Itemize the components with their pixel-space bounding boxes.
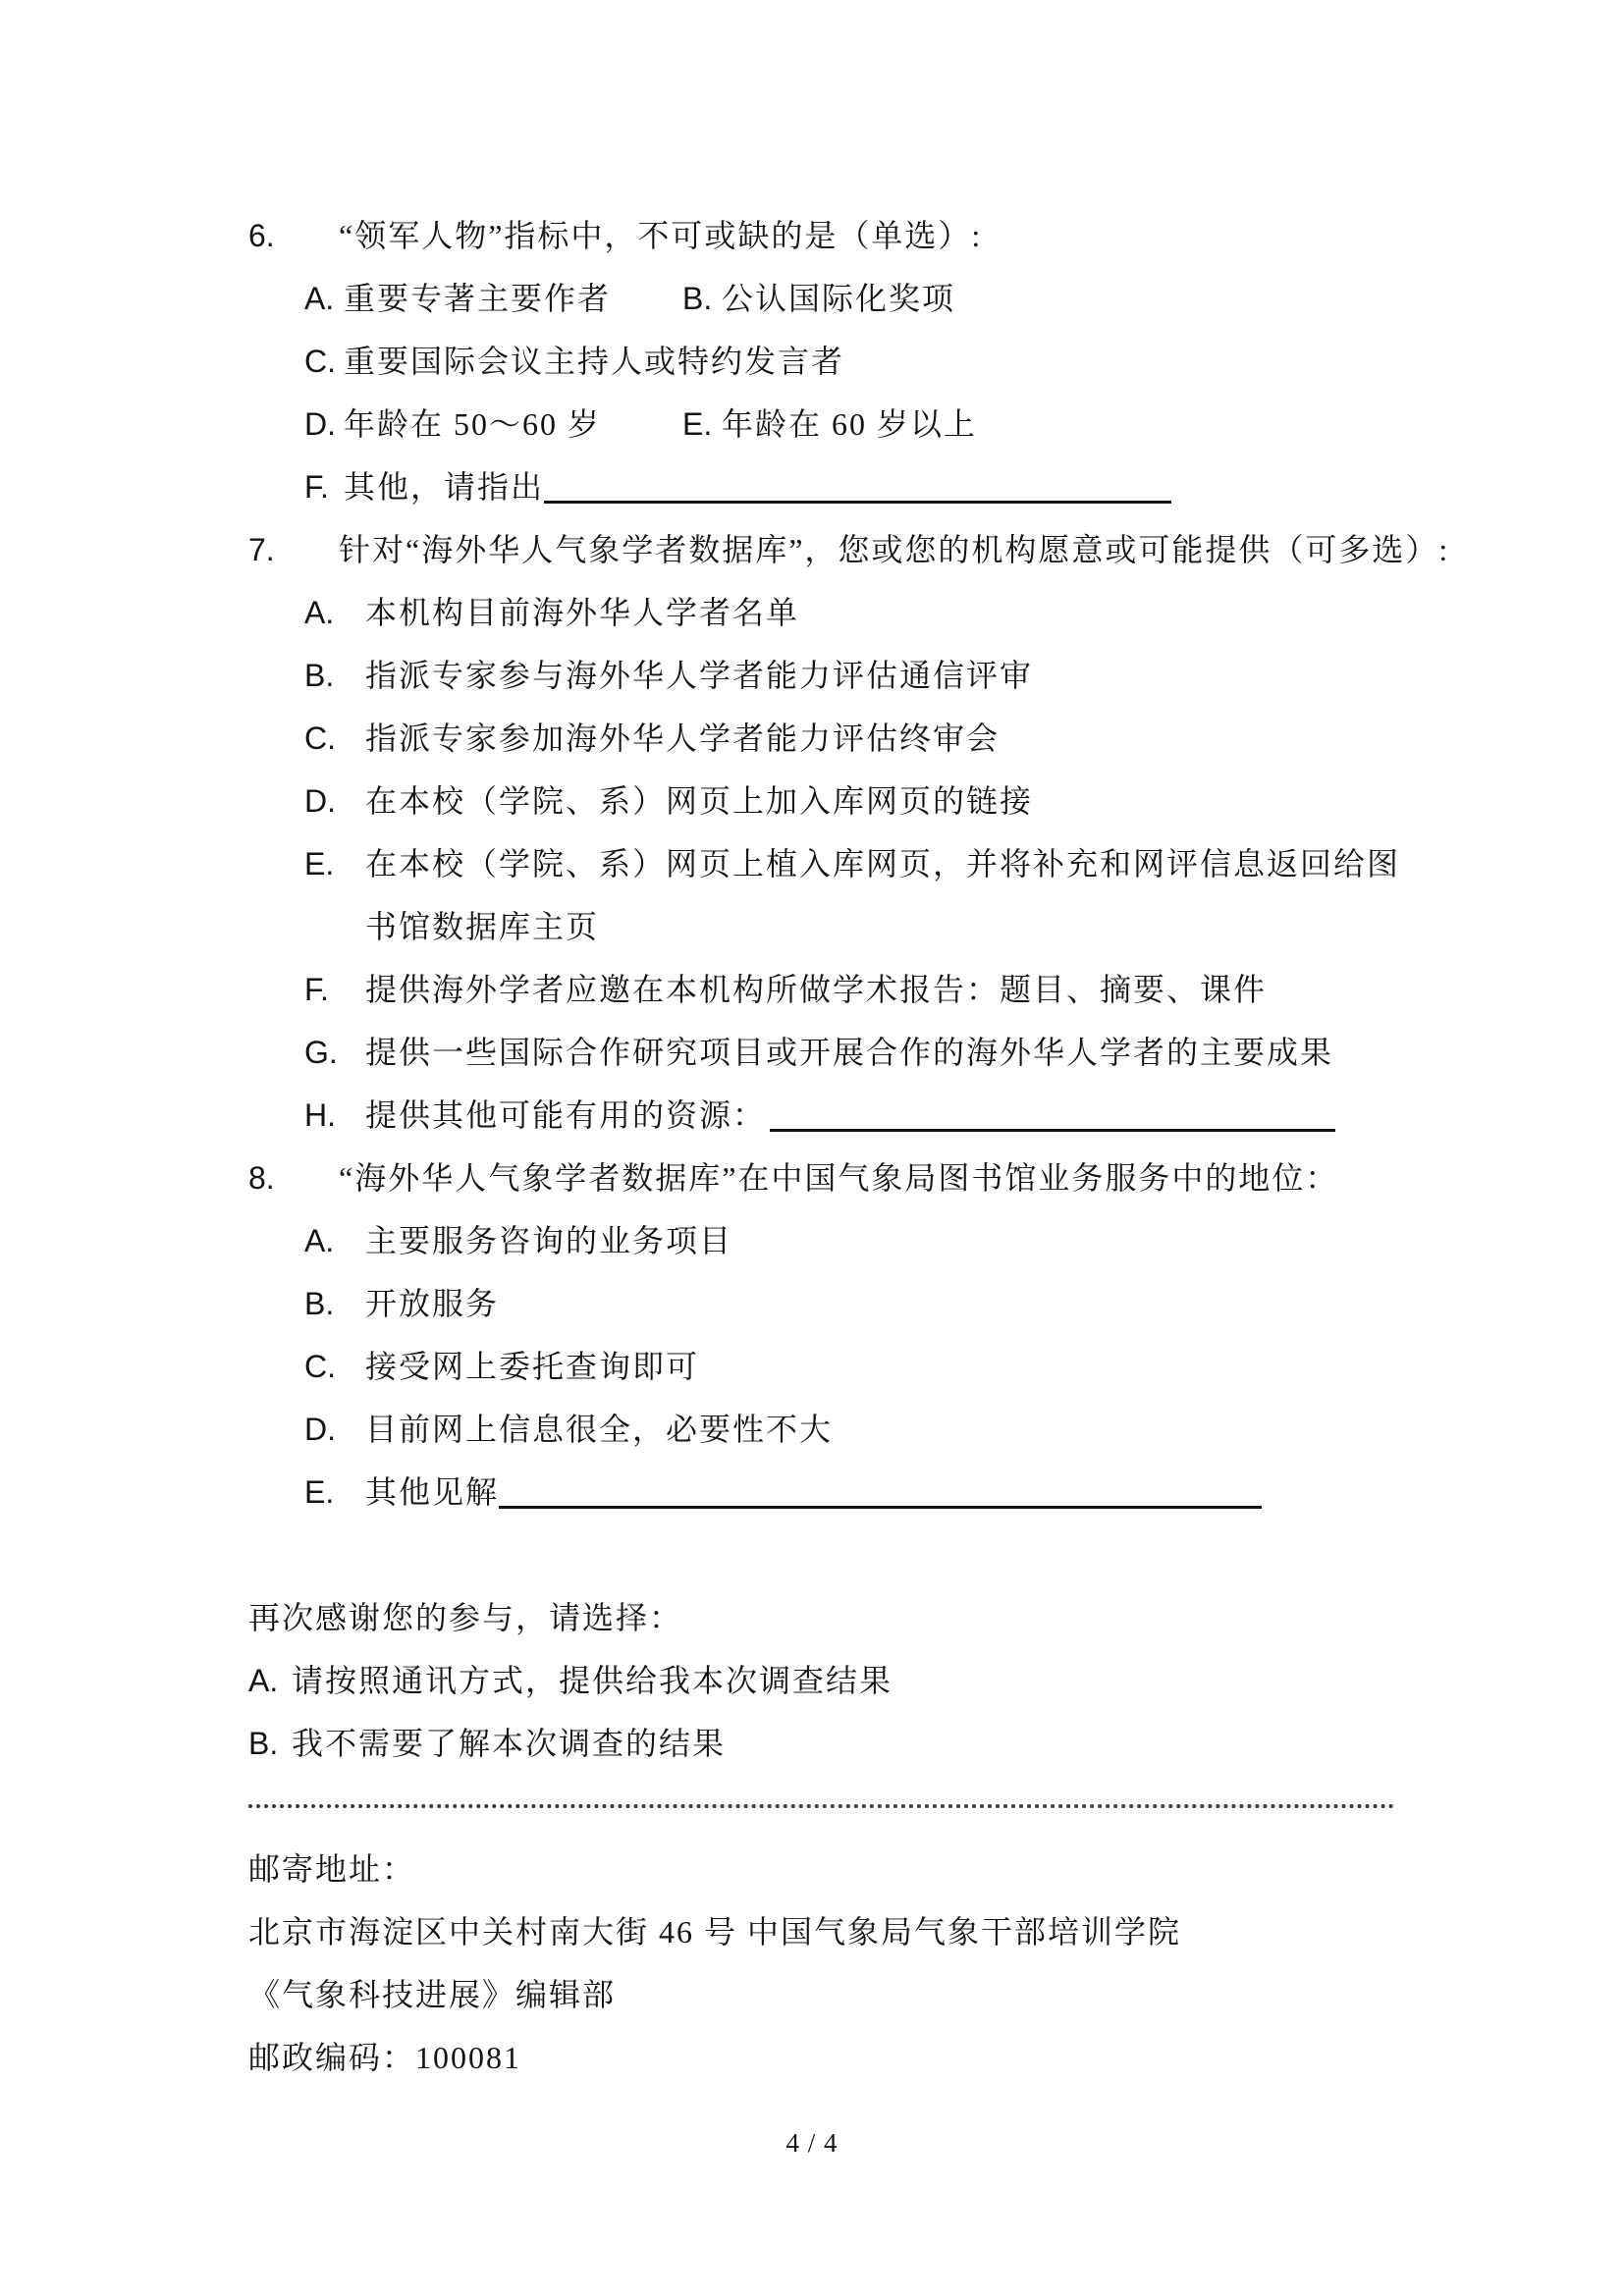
question-7-option-h: H.提供其他可能有用的资源：: [0, 1084, 1624, 1147]
option-label: F.: [304, 958, 365, 1021]
option-text: 其他，请指出: [344, 469, 544, 505]
option-text: 主要服务咨询的业务项目: [365, 1223, 732, 1258]
option-label: D.: [304, 1398, 365, 1461]
question-7-option-d: D.在本校（学院、系）网页上加入库网页的链接: [0, 770, 1624, 832]
question-6-title-line: 6.“领军人物”指标中，不可或缺的是（单选）:: [0, 204, 1624, 267]
question-7-title: 针对“海外华人气象学者数据库”，您或您的机构愿意或可能提供（可多选）:: [339, 532, 1449, 567]
question-6-option-c: C.重要国际会议主持人或特约发言者: [0, 330, 1624, 393]
option-label: F.: [304, 455, 344, 518]
option-text: 目前网上信息很全，必要性不大: [365, 1412, 833, 1447]
option-label: B.: [304, 644, 365, 707]
option-label: C.: [304, 1335, 365, 1398]
question-8-option-e: E.其他见解: [0, 1461, 1624, 1523]
blank-line: [0, 1523, 1624, 1586]
question-7-option-b: B.指派专家参与海外华人学者能力评估通信评审: [0, 644, 1624, 707]
question-6-options-ab: A.重要专著主要作者 B.公认国际化奖项: [0, 267, 1624, 330]
option-text: 其他见解: [365, 1474, 499, 1510]
address-line-1: 北京市海淀区中关村南大街 46 号 中国气象局气象干部培训学院: [0, 1900, 1624, 1963]
question-7-title-line: 7.针对“海外华人气象学者数据库”，您或您的机构愿意或可能提供（可多选）:: [0, 518, 1624, 581]
option-text: 本机构目前海外华人学者名单: [365, 595, 799, 630]
option-text: 请按照通讯方式，提供给我本次调查结果: [292, 1663, 893, 1698]
postal-code-line: 邮政编码：100081: [0, 2026, 1624, 2089]
postal-code-text: 邮政编码：100081: [248, 2040, 521, 2075]
question-7-number: 7.: [248, 518, 339, 581]
question-8-number: 8.: [248, 1147, 339, 1209]
page-number: 4 / 4: [0, 2123, 1624, 2163]
option-label: A.: [248, 1649, 292, 1712]
closing-option-a: A.请按照通讯方式，提供给我本次调查结果: [0, 1649, 1624, 1712]
option-label: C.: [304, 707, 365, 770]
option-text: 在本校（学院、系）网页上植入库网页，并将补充和网评信息返回给图: [365, 846, 1400, 881]
address-text: 《气象科技进展》编辑部: [248, 1977, 616, 2012]
option-b-column: B.公认国际化奖项: [682, 267, 955, 330]
mailing-label-line: 邮寄地址：: [0, 1838, 1624, 1900]
option-e-column: E.年龄在 60 岁以上: [682, 393, 977, 455]
option-label: C.: [304, 330, 344, 393]
option-text: 指派专家参加海外华人学者能力评估终审会: [365, 721, 1000, 756]
option-text: 公认国际化奖项: [722, 281, 955, 316]
questionnaire-page: 6.“领军人物”指标中，不可或缺的是（单选）: A.重要专著主要作者 B.公认国…: [0, 0, 1624, 2296]
fill-in-blank-line: [544, 501, 1171, 504]
option-text: 重要专著主要作者: [344, 281, 611, 316]
option-text: 年龄在 50～60 岁: [344, 406, 601, 442]
closing-intro-line: 再次感谢您的参与，请选择：: [0, 1586, 1624, 1649]
option-label: A.: [304, 267, 344, 330]
address-line-2: 《气象科技进展》编辑部: [0, 1963, 1624, 2026]
question-6-option-f: F.其他，请指出: [0, 455, 1624, 518]
question-7-option-c: C.指派专家参加海外华人学者能力评估终审会: [0, 707, 1624, 770]
question-8-option-a: A.主要服务咨询的业务项目: [0, 1209, 1624, 1272]
question-8-option-b: B.开放服务: [0, 1272, 1624, 1335]
option-text: 在本校（学院、系）网页上加入库网页的链接: [365, 783, 1033, 819]
option-label: E.: [304, 1461, 365, 1523]
question-7-option-e-continuation: 书馆数据库主页: [0, 895, 1624, 958]
option-text: 提供其他可能有用的资源：: [365, 1097, 766, 1133]
fill-in-blank-line: [770, 1129, 1335, 1132]
option-text: 重要国际会议主持人或特约发言者: [344, 344, 844, 379]
option-text: 接受网上委托查询即可: [365, 1349, 699, 1384]
question-7-option-a: A.本机构目前海外华人学者名单: [0, 581, 1624, 644]
option-label: B.: [682, 267, 722, 330]
question-6-options-de: D.年龄在 50～60 岁 E.年龄在 60 岁以上: [0, 393, 1624, 455]
question-6-number: 6.: [248, 204, 339, 267]
page-content: 6.“领军人物”指标中，不可或缺的是（单选）: A.重要专著主要作者 B.公认国…: [0, 0, 1624, 2089]
option-text: 提供一些国际合作研究项目或开展合作的海外华人学者的主要成果: [365, 1035, 1333, 1070]
question-7-option-f: F.提供海外学者应邀在本机构所做学术报告：题目、摘要、课件: [0, 958, 1624, 1021]
separator-slot: [0, 1775, 1624, 1838]
option-text: 提供海外学者应邀在本机构所做学术报告：题目、摘要、课件: [365, 972, 1267, 1007]
option-label: A.: [304, 1209, 365, 1272]
option-text: 开放服务: [365, 1286, 499, 1321]
dotted-cut-line: [248, 1804, 1394, 1808]
closing-intro: 再次感谢您的参与，请选择：: [248, 1600, 682, 1635]
option-label: G.: [304, 1021, 365, 1084]
closing-option-b: B.我不需要了解本次调查的结果: [0, 1712, 1624, 1775]
option-text: 我不需要了解本次调查的结果: [292, 1726, 726, 1761]
option-text: 年龄在 60 岁以上: [722, 406, 977, 442]
option-label: D.: [304, 770, 365, 832]
option-text: 指派专家参与海外华人学者能力评估通信评审: [365, 658, 1033, 693]
question-8-option-c: C.接受网上委托查询即可: [0, 1335, 1624, 1398]
question-8-title-line: 8.“海外华人气象学者数据库”在中国气象局图书馆业务服务中的地位：: [0, 1147, 1624, 1209]
question-8-option-d: D.目前网上信息很全，必要性不大: [0, 1398, 1624, 1461]
option-label: A.: [304, 581, 365, 644]
mailing-label: 邮寄地址：: [248, 1851, 415, 1887]
fill-in-blank-line: [499, 1506, 1262, 1509]
question-6-title: “领军人物”指标中，不可或缺的是（单选）:: [339, 218, 982, 253]
option-text-wrap: 书馆数据库主页: [365, 909, 599, 944]
option-label: D.: [304, 393, 344, 455]
question-8-title: “海外华人气象学者数据库”在中国气象局图书馆业务服务中的地位：: [339, 1160, 1338, 1196]
option-label: H.: [304, 1084, 365, 1147]
question-7-option-e: E.在本校（学院、系）网页上植入库网页，并将补充和网评信息返回给图: [0, 832, 1624, 895]
option-label: B.: [304, 1272, 365, 1335]
option-label: E.: [682, 393, 722, 455]
question-7-option-g: G.提供一些国际合作研究项目或开展合作的海外华人学者的主要成果: [0, 1021, 1624, 1084]
option-label: E.: [304, 832, 365, 895]
option-label: B.: [248, 1712, 292, 1775]
address-text: 北京市海淀区中关村南大街 46 号 中国气象局气象干部培训学院: [248, 1914, 1181, 1949]
